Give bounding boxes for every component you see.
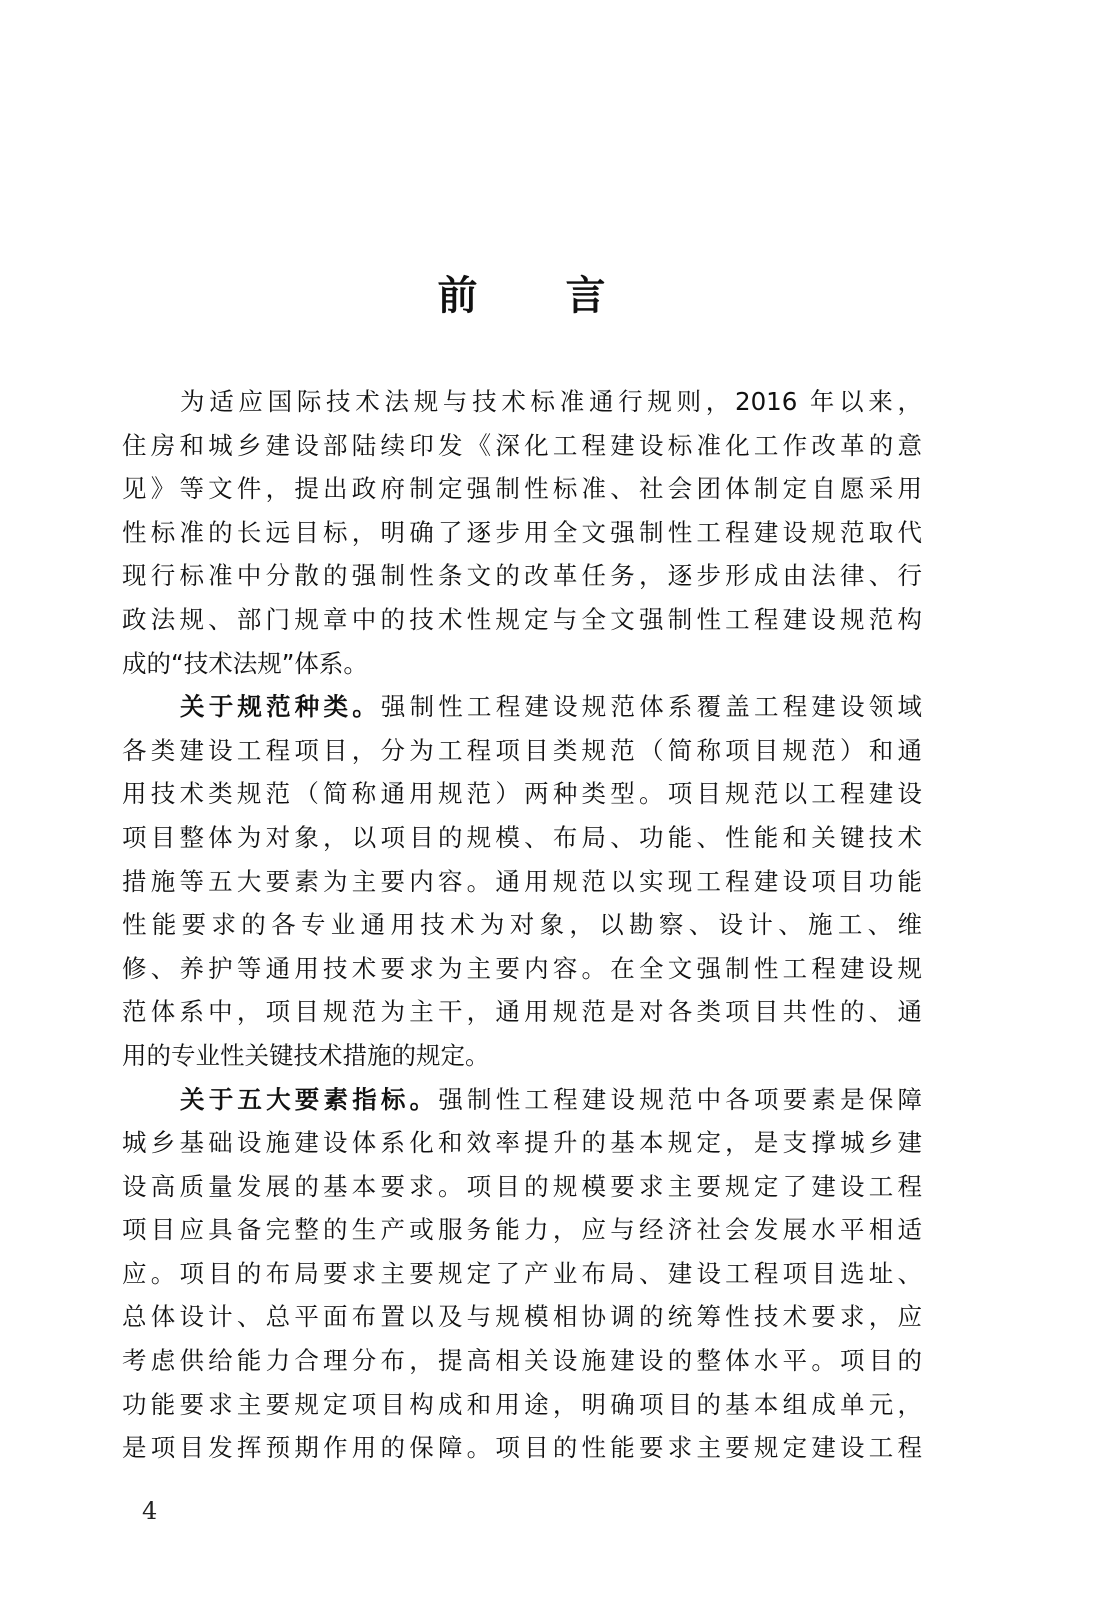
paragraph-spec-types: 关于规范种类。强制性工程建设规范体系覆盖工程建设领域 各类建设工程项目，分为工程… (122, 685, 922, 1077)
document-body: 为适应国际技术法规与技术标准通行规则，2016 年以来， 住房和城乡建设部陆续印… (122, 380, 922, 1470)
title-char-1: 前 (438, 272, 478, 320)
text-line: 为适应国际技术法规与技术标准通行规则，2016 年以来， (122, 380, 922, 424)
text-line: 范体系中，项目规范为主干，通用规范是对各类项目共性的、通 (122, 990, 922, 1034)
text-line: 项目整体为对象，以项目的规模、布局、功能、性能和关键技术 (122, 816, 922, 860)
text-line: 性标准的长远目标，明确了逐步用全文强制性工程建设规范取代 (122, 511, 922, 555)
paragraph-five-elements: 关于五大要素指标。强制性工程建设规范中各项要素是保障 城乡基础设施建设体系化和效… (122, 1078, 922, 1470)
text-line: 各类建设工程项目，分为工程项目类规范（简称项目规范）和通 (122, 729, 922, 773)
text-line: 用技术类规范（简称通用规范）两种类型。项目规范以工程建设 (122, 772, 922, 816)
page-number: 4 (142, 1497, 157, 1525)
text-line: 考虑供给能力合理分布，提高相关设施建设的整体水平。项目的 (122, 1339, 922, 1383)
text-line: 是项目发挥预期作用的保障。项目的性能要求主要规定建设工程 (122, 1426, 922, 1470)
text-line: 关于五大要素指标。强制性工程建设规范中各项要素是保障 (122, 1078, 922, 1122)
text-line: 修、养护等通用技术要求为主要内容。在全文强制性工程建设规 (122, 947, 922, 991)
text-line: 城乡基础设施建设体系化和效率提升的基本规定，是支撑城乡建 (122, 1121, 922, 1165)
title-char-2: 言 (566, 272, 606, 320)
text-line: 总体设计、总平面布置以及与规模相协调的统筹性技术要求，应 (122, 1295, 922, 1339)
paragraph-lead: 关于规范种类。 (180, 692, 381, 721)
text-line: 性能要求的各专业通用技术为对象，以勘察、设计、施工、维 (122, 903, 922, 947)
text-line: 政法规、部门规章中的技术性规定与全文强制性工程建设规范构 (122, 598, 922, 642)
text-line: 设高质量发展的基本要求。项目的规模要求主要规定了建设工程 (122, 1165, 922, 1209)
text-line: 用的专业性关键技术措施的规定。 (122, 1034, 922, 1078)
paragraph-lead: 关于五大要素指标。 (180, 1085, 438, 1114)
text-line: 措施等五大要素为主要内容。通用规范以实现工程建设项目功能 (122, 860, 922, 904)
text-line: 应。项目的布局要求主要规定了产业布局、建设工程项目选址、 (122, 1252, 922, 1296)
text-line: 见》等文件，提出政府制定强制性标准、社会团体制定自愿采用 (122, 467, 922, 511)
text-line: 关于规范种类。强制性工程建设规范体系覆盖工程建设领域 (122, 685, 922, 729)
paragraph-intro: 为适应国际技术法规与技术标准通行规则，2016 年以来， 住房和城乡建设部陆续印… (122, 380, 922, 685)
text-line: 成的“技术法规”体系。 (122, 642, 922, 686)
text-line: 功能要求主要规定项目构成和用途，明确项目的基本组成单元， (122, 1383, 922, 1427)
text-span: 强制性工程建设规范中各项要素是保障 (438, 1085, 922, 1114)
text-line: 现行标准中分散的强制性条文的改革任务，逐步形成由法律、行 (122, 554, 922, 598)
page-title: 前言 (0, 272, 1043, 320)
text-line: 项目应具备完整的生产或服务能力，应与经济社会发展水平相适 (122, 1208, 922, 1252)
text-line: 住房和城乡建设部陆续印发《深化工程建设标准化工作改革的意 (122, 424, 922, 468)
text-span: 强制性工程建设规范体系覆盖工程建设领域 (381, 692, 922, 721)
